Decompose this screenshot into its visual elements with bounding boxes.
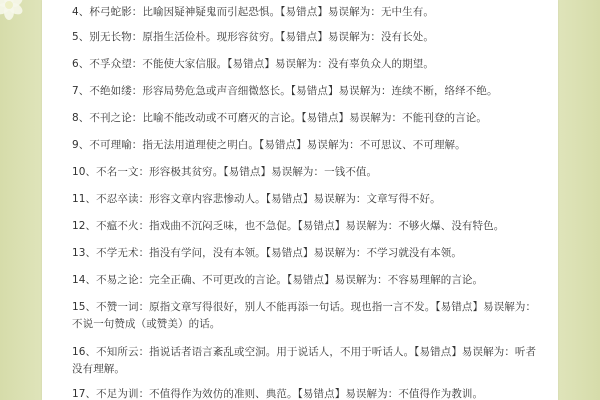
idiom-entry-12: 12、不瘟不火：指戏曲不沉闷乏味，也不急促。【易错点】易误解为：不够火爆、没有特… (72, 218, 537, 235)
idiom-entry-14: 14、不易之论：完全正确、不可更改的言论。【易错点】易误解为：不容易理解的言论。 (72, 272, 537, 289)
flower-decoration-icon (0, 0, 24, 20)
left-decorative-border (0, 0, 42, 400)
idiom-entry-16: 16、不知所云：指说话者语言紊乱或空洞。用于说话人，不用于听话人。【易错点】易误… (72, 344, 537, 378)
idiom-entry-11: 11、不忍卒读：形容文章内容悲惨动人。【易错点】易误解为：文章写得不好。 (72, 191, 537, 208)
idiom-entry-17: 17、不足为训：不值得作为效仿的准则、典范。【易错点】易误解为：不值得作为教训。 (72, 386, 537, 400)
right-decorative-border (558, 0, 600, 400)
idiom-entry-9: 9、不可理喻：指无法用道理使之明白。【易错点】易误解为：不可思议、不可理解。 (72, 137, 537, 154)
idiom-entry-6: 6、不孚众望：不能使大家信服。【易错点】易误解为：没有辜负众人的期望。 (72, 56, 537, 73)
idiom-entry-5: 5、别无长物：原指生活俭朴。现形容贫穷。【易错点】易误解为：没有长处。 (72, 29, 537, 46)
idiom-entry-13: 13、不学无术：指没有学问，没有本领。【易错点】易误解为：不学习就没有本领。 (72, 245, 537, 262)
idiom-entry-15: 15、不赞一词：原指文章写得很好，别人不能再添一句话。现也指一言不发。【易错点】… (72, 299, 537, 333)
idiom-entry-4: 4、杯弓蛇影：比喻因疑神疑鬼而引起恐惧。【易错点】易误解为：无中生有。 (72, 4, 537, 21)
content-panel: 4、杯弓蛇影：比喻因疑神疑鬼而引起恐惧。【易错点】易误解为：无中生有。 5、别无… (42, 0, 558, 400)
idiom-entry-10: 10、不名一文：形容极其贫穷。【易错点】易误解为：一钱不值。 (72, 164, 537, 181)
idiom-entry-7: 7、不绝如缕：形容局势危急或声音细微悠长。【易错点】易误解为：连续不断，络绎不绝… (72, 83, 537, 100)
idiom-entry-8: 8、不刊之论：比喻不能改动或不可磨灭的言论。【易错点】易误解为：不能刊登的言论。 (72, 110, 537, 127)
